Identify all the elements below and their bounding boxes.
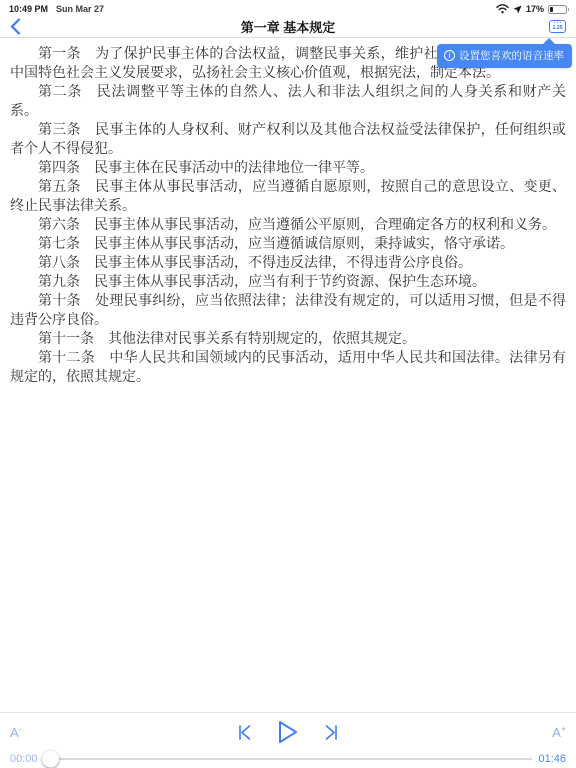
next-track-button[interactable] [324, 724, 338, 741]
wifi-icon [496, 4, 509, 14]
playback-controls [238, 719, 338, 745]
previous-track-button[interactable] [238, 724, 252, 741]
article-paragraph: 第十条 处理民事纠纷，应当依照法律；法律没有规定的，可以适用习惯，但是不得违背公… [10, 291, 566, 329]
progress-thumb[interactable] [42, 751, 59, 768]
page-title: 第一章 基本规定 [0, 17, 576, 36]
status-left: 10:49 PM Sun Mar 27 [9, 4, 104, 14]
status-date: Sun Mar 27 [56, 4, 104, 14]
chevron-left-icon [10, 18, 21, 35]
previous-track-icon [238, 724, 252, 741]
article-paragraph: 第二条 民法调整平等主体的自然人、法人和非法人组织之间的人身关系和财产关系。 [10, 82, 566, 120]
location-arrow-icon [513, 5, 522, 14]
toast-text: 设置您喜欢的语音速率 [459, 48, 564, 63]
speech-rate-toast[interactable]: i 设置您喜欢的语音速率 [437, 44, 572, 68]
article-paragraph: 第六条 民事主体从事民事活动，应当遵循公平原则，合理确定各方的权利和义务。 [10, 215, 566, 234]
status-time: 10:49 PM [9, 4, 48, 14]
article-paragraph: 第十二条 中华人民共和国领域内的民事活动，适用中华人民共和国法律。法律另有规定的… [10, 348, 566, 386]
progress-slider[interactable] [42, 750, 533, 768]
article-paragraph: 第九条 民事主体从事民事活动，应当有利于节约资源、保护生态环境。 [10, 272, 566, 291]
speech-rate-icon: 1.25 [549, 20, 566, 33]
status-right: 17% [496, 4, 567, 14]
font-decrease-button[interactable]: A- [10, 726, 22, 739]
next-track-icon [324, 724, 338, 741]
progress-track [42, 758, 533, 760]
article-paragraph: 第八条 民事主体从事民事活动，不得违反法律，不得违背公序良俗。 [10, 253, 566, 272]
time-total: 01:46 [538, 753, 566, 765]
font-increase-letter: A [552, 726, 561, 739]
article-paragraph: 第三条 民事主体的人身权利、财产权利以及其他合法权益受法律保护，任何组织或者个人… [10, 120, 566, 158]
article-list: 第一条 为了保护民事主体的合法权益，调整民事关系，维护社会和经济秩序，适应中国特… [0, 38, 576, 386]
font-increase-button[interactable]: A+ [552, 726, 566, 739]
player-controls-row: A- [0, 713, 576, 749]
battery-icon [548, 5, 567, 14]
player-bar: A- [0, 712, 576, 768]
article-paragraph: 第五条 民事主体从事民事活动，应当遵循自愿原则，按照自己的意思设立、变更、终止民… [10, 177, 566, 215]
speech-rate-button[interactable]: 1.25 [549, 20, 566, 33]
play-button[interactable] [277, 719, 299, 745]
progress-row: 00:00 01:46 [0, 749, 576, 768]
font-decrease-sign: - [19, 725, 22, 734]
speech-rate-value: 1.25 [553, 24, 563, 32]
article-paragraph: 第七条 民事主体从事民事活动，应当遵循诚信原则，秉持诚实，恪守承诺。 [10, 234, 566, 253]
nav-bar: 第一章 基本规定 1.25 [0, 15, 576, 38]
font-decrease-letter: A [10, 726, 19, 739]
back-button[interactable] [10, 18, 50, 35]
battery-percent: 17% [526, 4, 544, 14]
article-paragraph: 第四条 民事主体在民事活动中的法律地位一律平等。 [10, 158, 566, 177]
status-bar: 10:49 PM Sun Mar 27 17% [0, 0, 576, 15]
info-circle-icon: i [444, 50, 455, 61]
time-current: 00:00 [10, 753, 38, 765]
play-icon [277, 719, 299, 745]
article-paragraph: 第十一条 其他法律对民事关系有特别规定的，依照其规定。 [10, 329, 566, 348]
font-increase-sign: + [561, 725, 566, 734]
